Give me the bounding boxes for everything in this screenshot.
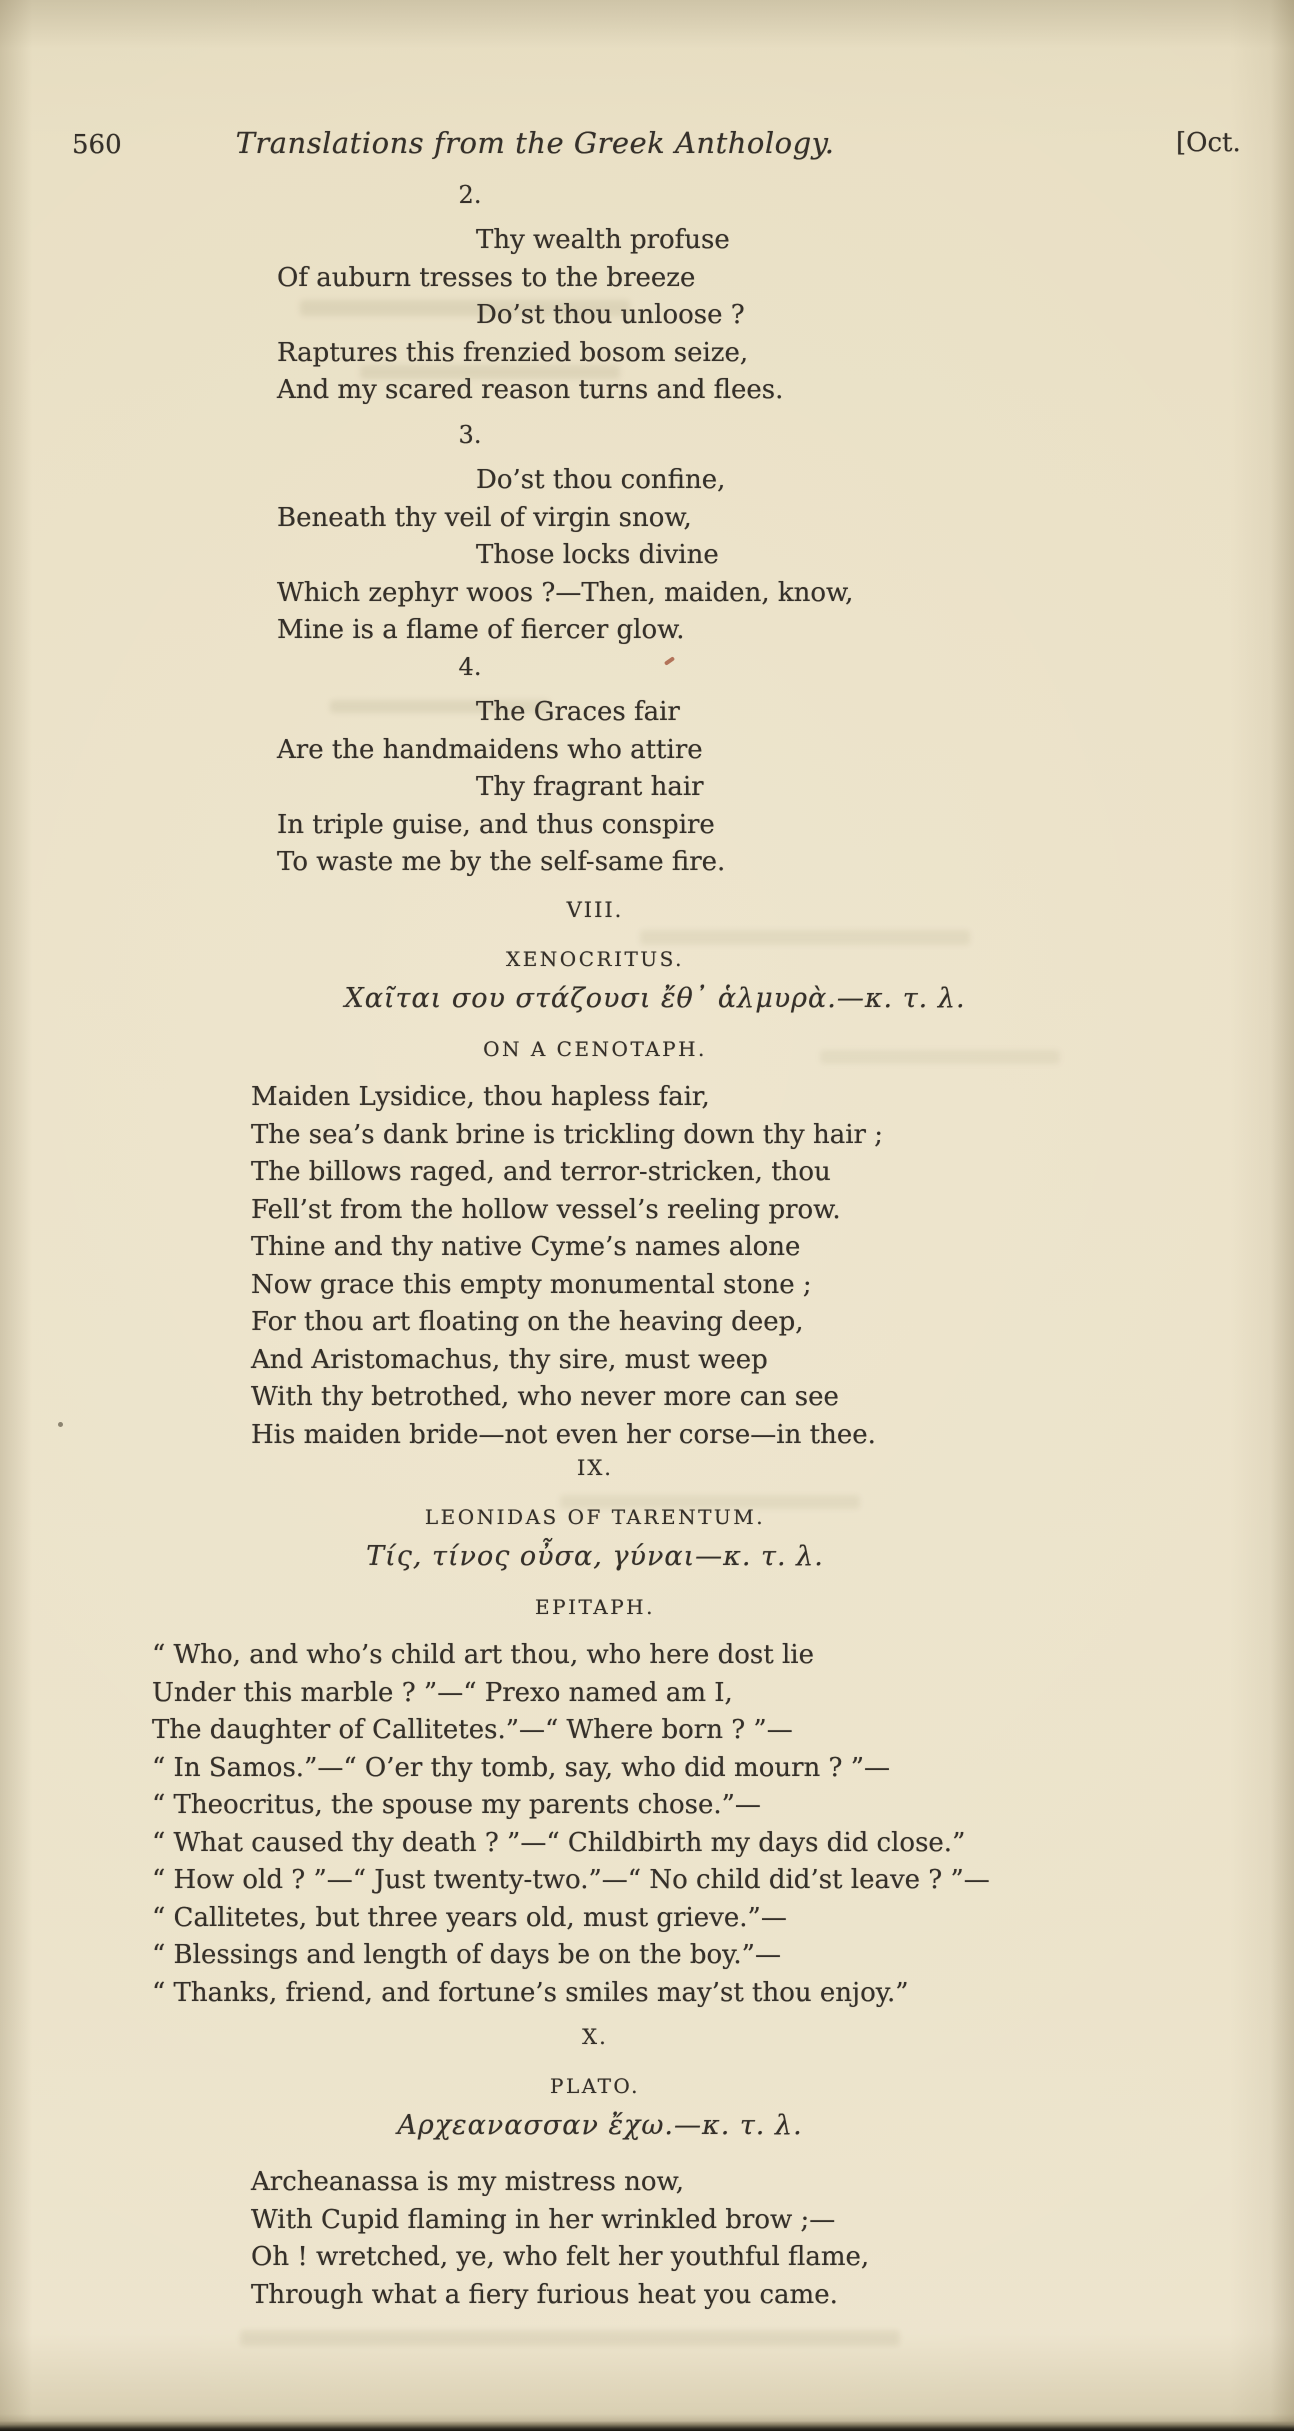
verse: Archeanassa is my mistress now,With Cupi… [120,2164,1070,2314]
poem-number: 3. [120,420,820,450]
verse-line: Are the handmaidens who attire [120,732,1070,770]
verse: The Graces fairAre the handmaidens who a… [120,694,1070,882]
verse-line: Fell’st from the hollow vessel’s reeling… [120,1192,1070,1230]
verse-line: Oh ! wretched, ye, who felt her youthful… [120,2239,1070,2277]
bleed-through-ghost [240,2330,900,2346]
greek-motto: Χαῖται σου στάζουσι ἔθ᾽ ἁλμυρὰ.—κ. τ. λ. [120,982,1070,1016]
verse-line: With Cupid flaming in her wrinkled brow … [120,2202,1070,2240]
verse-line: In triple guise, and thus conspire [120,807,1070,845]
verse-line: The billows raged, and terror-stricken, … [120,1154,1070,1192]
section-author-heading: XENOCRITUS. [120,947,1070,971]
scanned-book-page: 560 Translations from the Greek Antholog… [0,0,1294,2431]
verse-line: “ Theocritus, the spouse my parents chos… [120,1787,1070,1825]
verse-line: Those locks divine [120,537,1070,575]
verse-line: Through what a fiery furious heat you ca… [120,2277,1070,2315]
verse-line: Archeanassa is my mistress now, [120,2164,1070,2202]
issue-label: [Oct. [1176,127,1241,159]
verse: Do’st thou confine,Beneath thy veil of v… [120,462,1070,650]
verse: Thy wealth profuseOf auburn tresses to t… [120,222,1070,410]
verse-line: For thou art floating on the heaving dee… [120,1304,1070,1342]
verse-line: “ In Samos.”—“ O’er thy tomb, say, who d… [120,1750,1070,1788]
verse-line: Now grace this empty monumental stone ; [120,1267,1070,1305]
section-subtitle: ON A CENOTAPH. [120,1037,1070,1061]
section-subtitle: EPITAPH. [120,1595,1070,1619]
section-author-heading: PLATO. [120,2074,1070,2098]
numbered-poem: 3.Do’st thou confine,Beneath thy veil of… [120,420,1070,650]
ink-speck [58,1422,63,1427]
greek-motto: Τίς, τίνος οὖσα, γύναι—κ. τ. λ. [120,1540,1070,1574]
verse-line: Beneath thy veil of virgin snow, [120,500,1070,538]
verse-line: Do’st thou unloose ? [120,297,1070,335]
verse-line: The Graces fair [120,694,1070,732]
verse-line: Of auburn tresses to the breeze [120,260,1070,298]
page-bottom-edge [0,2421,1294,2431]
section-author-heading: LEONIDAS OF TARENTUM. [120,1505,1070,1529]
verse-line: Thy fragrant hair [120,769,1070,807]
verse-line: And my scared reason turns and flees. [120,372,1070,410]
anthology-entry: IX.LEONIDAS OF TARENTUM.Τίς, τίνος οὖσα,… [120,1455,1070,2012]
verse-line: His maiden bride—not even her corse—in t… [120,1417,1070,1455]
anthology-entry: X.PLATO.Αρχεανασσαν ἔχω.—κ. τ. λ.Archean… [120,2024,1070,2314]
verse: Maiden Lysidice, thou hapless fair,The s… [120,1079,1070,1454]
verse-line: With thy betrothed, who never more can s… [120,1379,1070,1417]
verse-line: The sea’s dank brine is trickling down t… [120,1117,1070,1155]
verse-line: Under this marble ? ”—“ Prexo named am I… [120,1675,1070,1713]
verse-line: Thine and thy native Cyme’s names alone [120,1229,1070,1267]
verse-line: “ What caused thy death ? ”—“ Childbirth… [120,1825,1070,1863]
verse-line: The daughter of Callitetes.”—“ Where bor… [120,1712,1070,1750]
verse-line: “ Callitetes, but three years old, must … [120,1900,1070,1938]
verse-line: And Aristomachus, thy sire, must weep [120,1342,1070,1380]
anthology-entry: VIII.XENOCRITUS.Χαῖται σου στάζουσι ἔθ᾽ … [120,897,1070,1454]
numbered-poem: 2.Thy wealth profuseOf auburn tresses to… [120,180,1070,410]
section-numeral: VIII. [120,897,1070,923]
verse-line: “ Blessings and length of days be on the… [120,1937,1070,1975]
verse-line: Which zephyr woos ?—Then, maiden, know, [120,575,1070,613]
section-numeral: X. [120,2024,1070,2050]
verse-line: “ Thanks, friend, and fortune’s smiles m… [120,1975,1070,2013]
verse-line: Mine is a flame of fiercer glow. [120,612,1070,650]
poem-number: 4. [120,652,820,682]
verse: “ Who, and who’s child art thou, who her… [120,1637,1070,2012]
verse-line: To waste me by the self-same fire. [120,844,1070,882]
verse-line: Maiden Lysidice, thou hapless fair, [120,1079,1070,1117]
section-numeral: IX. [120,1455,1070,1481]
verse-line: “ Who, and who’s child art thou, who her… [120,1637,1070,1675]
verse-line: “ How old ? ”—“ Just twenty-two.”—“ No c… [120,1862,1070,1900]
verse-line: Thy wealth profuse [120,222,1070,260]
running-title: Translations from the Greek Anthology. [120,125,950,161]
greek-motto: Αρχεανασσαν ἔχω.—κ. τ. λ. [120,2109,1070,2143]
verse-line: Raptures this frenzied bosom seize, [120,335,1070,373]
numbered-poem: 4.The Graces fairAre the handmaidens who… [120,652,1070,882]
poem-number: 2. [120,180,820,210]
verse-line: Do’st thou confine, [120,462,1070,500]
page-number: 560 [72,129,122,161]
